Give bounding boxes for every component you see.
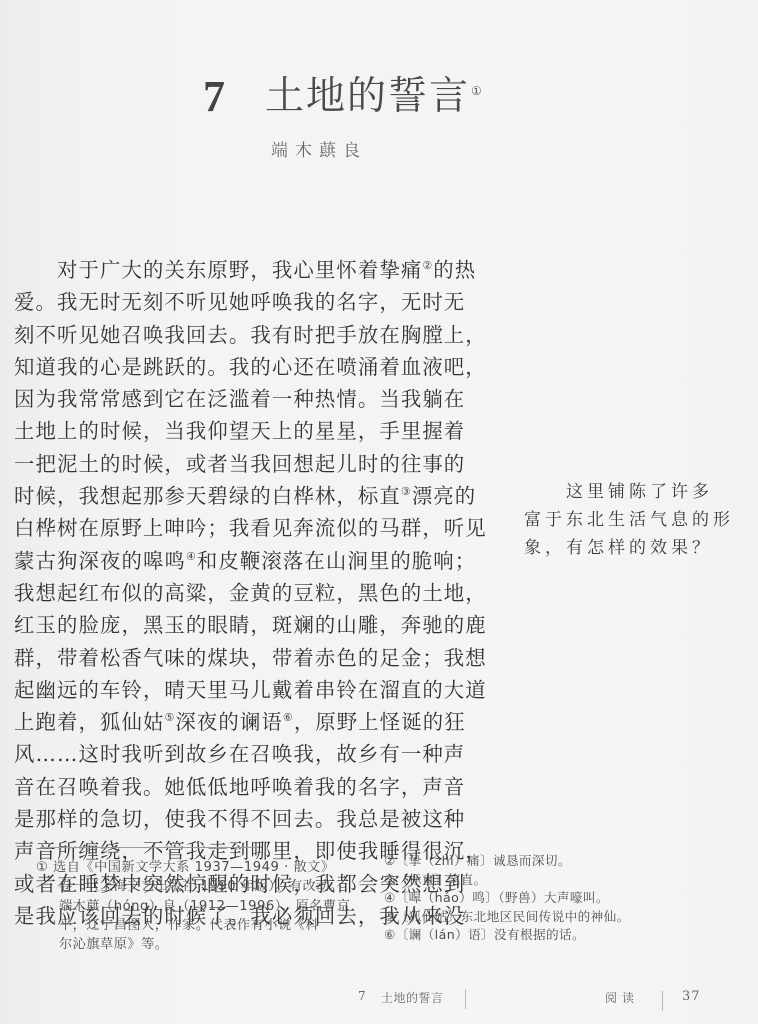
footer-divider [465,989,466,1009]
textbook-page: 7 土地的誓言① 端木蕻良 对于广大的关东原野，我心里怀着挚痛②的热 爱。我无时… [0,0,758,1024]
body-line: 因为我常常感到它在泛滥着一种热情。当我躺在 [14,383,470,415]
line-text: 音在召唤着我。她低低地呼唤着我的名字，声音 [14,775,465,799]
footnote-3: ③〔标直〕笔直。 [384,871,704,890]
footer-section-label: 阅读 [605,989,639,1006]
line-text: 对于广大的关东原野，我心里怀着挚痛 [14,258,422,282]
footnote-1: ① 选自《中国新文学大系 1937—1949 · 散文》 卷一（上海文艺出版社 … [36,858,336,954]
annotation-line: 这里铺陈了许多 [524,478,744,506]
footnote-line: 平，辽宁昌图人，作家。代表作有小说《科 [36,916,336,935]
footnote-ref-3[interactable]: ③ [401,485,412,498]
lesson-title: 土地的誓言① [265,72,484,122]
lesson-heading: 7 土地的誓言① [203,72,484,132]
line-text: 土地上的时候，当我仰望天上的星星，手里握着 [14,419,465,443]
line-text: 我想起红布似的高粱，金黄的豆粒，黑色的土地， [14,581,487,605]
line-text: 和皮鞭滚落在山涧里的脆响； [197,549,476,573]
body-line: 是那样的急切，使我不得不回去。我总是被这种 [14,803,470,835]
footer-lesson-title: 土地的誓言 [381,989,444,1006]
body-line: 我想起红布似的高粱，金黄的豆粒，黑色的土地， [14,577,470,609]
footnote-line: 卷一（上海文艺出版社 1990 年版）。有改动。 [36,877,336,896]
footer-lesson-number: 7 [358,989,366,1003]
page-footer: 7 土地的誓言 阅读 37 [0,989,758,1009]
footnote-marker: ① [36,860,48,875]
body-paragraph: 对于广大的关东原野，我心里怀着挚痛②的热 爱。我无时无刻不听见她呼唤我的名字，无… [14,254,470,932]
footnote-line: 尔沁旗草原》等。 [36,935,336,954]
footnote-text: 选自《中国新文学大系 1937—1949 · 散文》 [53,860,335,875]
line-text: 一把泥土的时候，或者当我回想起儿时的往事的 [14,452,465,476]
line-text: 是那样的急切，使我不得不回去。我总是被这种 [14,807,465,831]
footnote-6: ⑥〔谰（lán）语〕没有根据的话。 [384,926,704,945]
margin-annotation: 这里铺陈了许多 富于东北生活气息的形 象，有怎样的效果？ [524,478,744,562]
footnote-ref-6[interactable]: ⑥ [283,711,294,724]
line-text: 的热 [433,258,476,282]
title-footnote-marker[interactable]: ① [471,84,484,98]
body-line: 风……这时我听到故乡在召唤我，故乡有一种声 [14,738,470,770]
footnote-line: 端木蕻（hóng）良（1912—1996），原名曹京 [36,897,336,916]
line-text: 白桦树在原野上呻吟；我看见奔流似的马群，听见 [14,516,487,540]
line-text: 因为我常常感到它在泛滥着一种热情。当我躺在 [14,387,465,411]
body-line: 刻不听见她召唤我回去。我有时把手放在胸膛上， [14,319,470,351]
body-line: 蒙古狗深夜的嗥鸣④和皮鞭滚落在山涧里的脆响； [14,545,470,577]
body-line: 时候，我想起那参天碧绿的白桦林，标直③漂亮的 [14,480,470,512]
line-text: 刻不听见她召唤我回去。我有时把手放在胸膛上， [14,323,487,347]
footnote-4: ④〔嗥（háo）鸣〕（野兽）大声嚎叫。 [384,889,704,908]
body-line: 音在召唤着我。她低低地呼唤着我的名字，声音 [14,771,470,803]
body-line: 白桦树在原野上呻吟；我看见奔流似的马群，听见 [14,512,470,544]
line-text: 深夜的谰语 [175,710,282,734]
footer-divider [662,991,663,1011]
line-text: 群，带着松香气味的煤块，带着赤色的足金；我想 [14,646,487,670]
annotation-line: 象，有怎样的效果？ [524,534,744,562]
footnote-2: ②〔挚（zhì）痛〕诚恳而深切。 [384,852,704,871]
line-text: 起幽远的车铃，晴天里马儿戴着串铃在溜直的大道 [14,678,487,702]
line-text: 红玉的脸庞，黑玉的眼睛，斑斓的山雕，奔驰的鹿 [14,613,487,637]
line-text: 时候，我想起那参天碧绿的白桦林，标直 [14,484,401,508]
body-line: 土地上的时候，当我仰望天上的星星，手里握着 [14,415,470,447]
line-text: 知道我的心是跳跃的。我的心还在喷涌着血液吧， [14,355,487,379]
footnote-ref-4[interactable]: ④ [186,550,197,563]
line-text: 漂亮的 [412,484,476,508]
body-line: 对于广大的关东原野，我心里怀着挚痛②的热 [14,254,470,286]
footnote-ref-5[interactable]: ⑤ [164,711,175,724]
line-text: 爱。我无时无刻不听见她呼唤我的名字，无时无 [14,290,465,314]
body-line: 一把泥土的时候，或者当我回想起儿时的往事的 [14,448,470,480]
footnote-5: ⑤〔狐仙姑〕东北地区民间传说中的神仙。 [384,908,704,927]
lesson-number: 7 [203,72,265,122]
footnote-divider [40,847,258,848]
line-text: 蒙古狗深夜的嗥鸣 [14,549,186,573]
body-line: 红玉的脸庞，黑玉的眼睛，斑斓的山雕，奔驰的鹿 [14,609,470,641]
line-text: 风……这时我听到故乡在召唤我，故乡有一种声 [14,742,465,766]
body-line: 爱。我无时无刻不听见她呼唤我的名字，无时无 [14,286,470,318]
body-line: 上跑着，狐仙姑⑤深夜的谰语⑥，原野上怪诞的狂 [14,706,470,738]
footnotes-glossary: ②〔挚（zhì）痛〕诚恳而深切。 ③〔标直〕笔直。 ④〔嗥（háo）鸣〕（野兽）… [384,852,704,945]
annotation-line: 富于东北生活气息的形 [524,506,744,534]
footnote-line: ① 选自《中国新文学大系 1937—1949 · 散文》 [36,858,336,877]
body-line: 知道我的心是跳跃的。我的心还在喷涌着血液吧， [14,351,470,383]
page-number: 37 [682,989,701,1004]
line-text: 上跑着，狐仙姑 [14,710,164,734]
lesson-title-text: 土地的誓言 [265,74,470,119]
author-name: 端木蕻良 [271,136,367,161]
line-text: ，原野上怪诞的狂 [294,710,466,734]
footnote-ref-2[interactable]: ② [422,259,433,272]
body-line: 起幽远的车铃，晴天里马儿戴着串铃在溜直的大道 [14,674,470,706]
body-line: 群，带着松香气味的煤块，带着赤色的足金；我想 [14,642,470,674]
